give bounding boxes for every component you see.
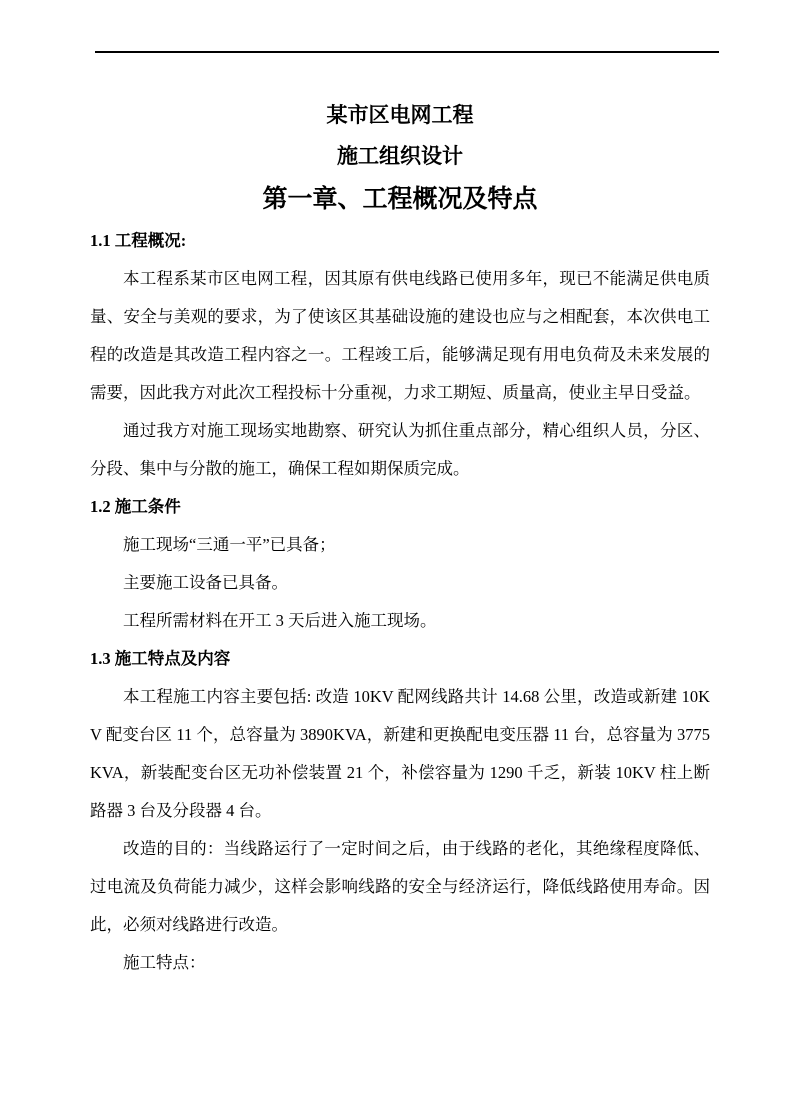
paragraph-condition-3: 工程所需材料在开工 3 天后进入施工现场。 bbox=[90, 602, 710, 640]
section-heading-1-3: 1.3 施工特点及内容 bbox=[90, 640, 710, 678]
document-content: 某市区电网工程 施工组织设计 第一章、工程概况及特点 1.1 工程概况: 本工程… bbox=[90, 0, 710, 982]
doc-title-line-1: 某市区电网工程 bbox=[90, 95, 710, 136]
section-heading-1-1: 1.1 工程概况: bbox=[90, 222, 710, 260]
document-page: 某市区电网工程 施工组织设计 第一章、工程概况及特点 1.1 工程概况: 本工程… bbox=[0, 0, 793, 1120]
paragraph-condition-1: 施工现场“三通一平”已具备； bbox=[90, 526, 710, 564]
section-heading-1-2: 1.2 施工条件 bbox=[90, 488, 710, 526]
paragraph-condition-2: 主要施工设备已具备。 bbox=[90, 564, 710, 602]
paragraph-content-scope: 本工程施工内容主要包括: 改造 10KV 配网线路共计 14.68 公里，改造或… bbox=[90, 678, 710, 830]
chapter-title: 第一章、工程概况及特点 bbox=[90, 177, 710, 222]
paragraph-renovation-purpose: 改造的目的：当线路运行了一定时间之后，由于线路的老化，其绝缘程度降低、过电流及负… bbox=[90, 830, 710, 944]
doc-title-line-2: 施工组织设计 bbox=[90, 136, 710, 177]
paragraph-overview-1: 本工程系某市区电网工程，因其原有供电线路已使用多年，现已不能满足供电质量、安全与… bbox=[90, 260, 710, 412]
paragraph-features-label: 施工特点： bbox=[90, 944, 710, 982]
paragraph-overview-2: 通过我方对施工现场实地勘察、研究认为抓住重点部分，精心组织人员，分区、分段、集中… bbox=[90, 412, 710, 488]
